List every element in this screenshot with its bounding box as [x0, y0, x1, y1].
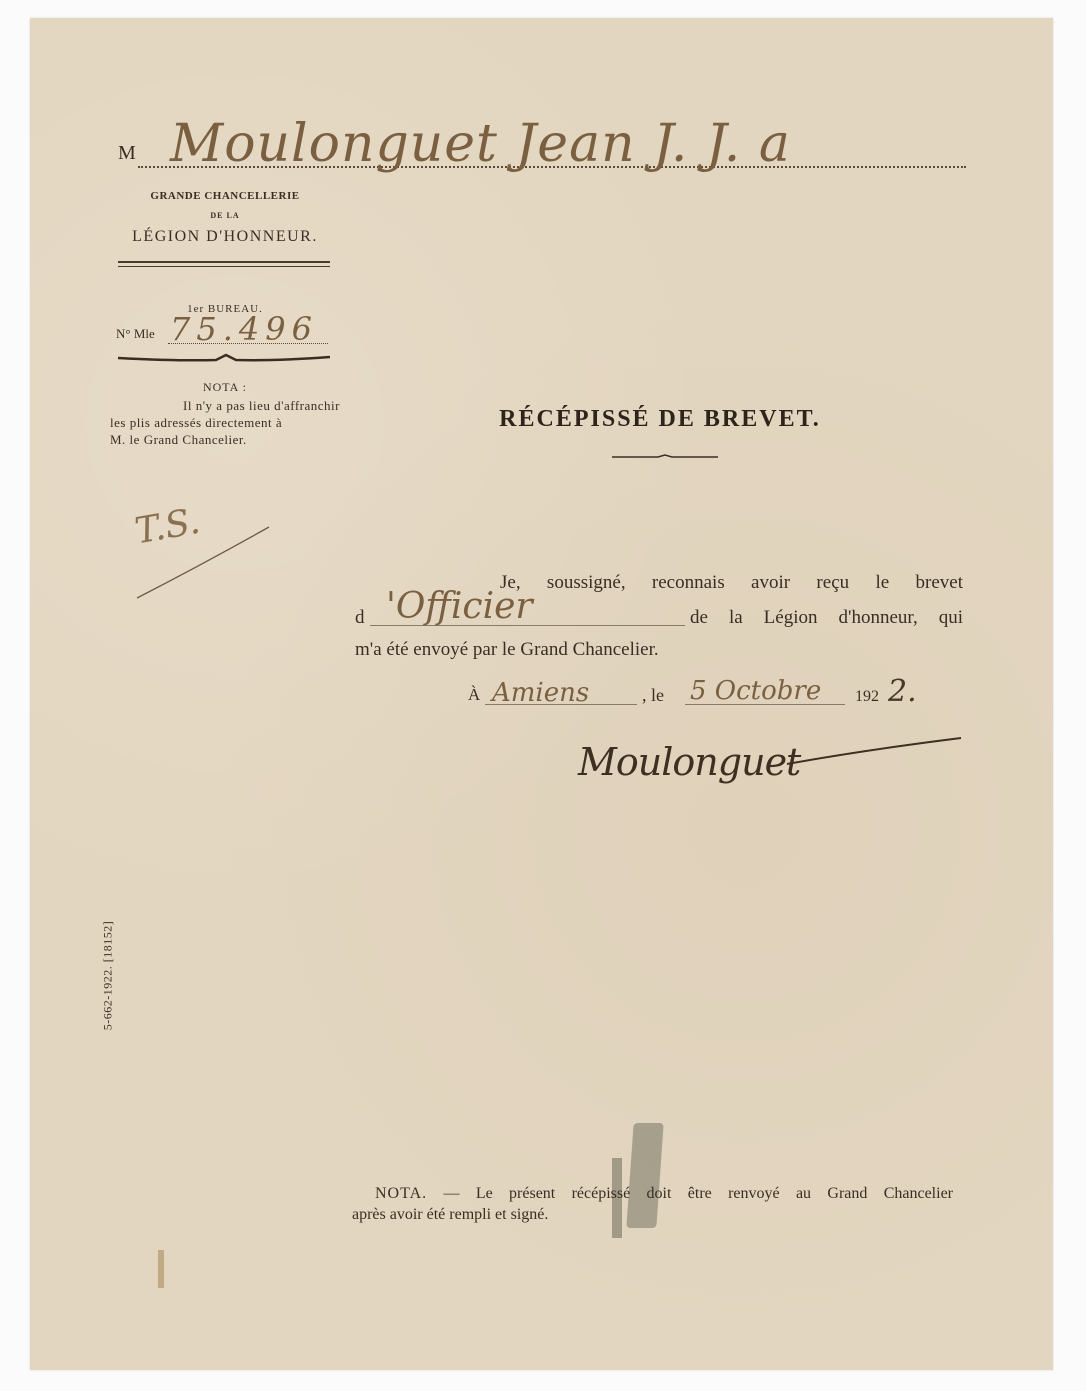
signature-flourish: [785, 730, 965, 770]
footer-nota-line2: après avoir été rempli et signé.: [352, 1206, 548, 1224]
ink-stain: [626, 1123, 663, 1228]
date-le-label: , le: [642, 685, 664, 706]
side-nota-line3: M. le Grand Chancelier.: [110, 431, 340, 448]
footer-nota-line1: NOTA. — Le présent récépissé doit être r…: [375, 1185, 953, 1203]
document-page: M Moulonguet Jean J. J. a GRANDE CHANCEL…: [30, 18, 1053, 1370]
addressee-prefix: M: [118, 142, 136, 165]
document-title: RÉCÉPISSÉ DE BREVET.: [470, 406, 850, 433]
institution-line3: LÉGION D'HONNEUR.: [114, 228, 336, 246]
double-rule: [118, 261, 330, 267]
number-handwritten: 75.496: [170, 310, 318, 348]
ornamental-rule: [116, 351, 332, 367]
print-code: 5-662-1922. [18152]: [101, 896, 116, 1056]
side-nota-line1: Il n'y a pas lieu d'affranchir: [110, 397, 340, 414]
date-handwritten: 5 Octobre: [690, 676, 821, 706]
rank-handwritten: 'Officier: [386, 586, 533, 627]
number-label: N° Mle: [116, 326, 155, 342]
paper-mark: [158, 1250, 164, 1288]
year-printed: 192: [855, 688, 879, 706]
body-line3: m'a été envoyé par le Grand Chancelier.: [355, 639, 659, 661]
body-line1: Je, soussigné, reconnais avoir reçu le b…: [500, 572, 963, 594]
body-line2-prefix: d: [355, 607, 365, 629]
body-line2-suffix: de la Légion d'honneur, qui: [690, 607, 963, 629]
title-ornament: [610, 452, 720, 462]
side-nota-title: NOTA :: [120, 380, 330, 395]
annotation-stroke: [135, 523, 275, 603]
signature: Moulonguet: [578, 740, 800, 784]
place-handwritten: Amiens: [492, 678, 589, 708]
place-label: À: [468, 685, 480, 705]
side-nota-text: Il n'y a pas lieu d'affranchir les plis …: [110, 397, 340, 448]
institution-line2: DE LA: [120, 211, 330, 220]
addressee-handwritten-name: Moulonguet Jean J. J. a: [170, 114, 791, 174]
institution-line1: GRANDE CHANCELLERIE: [120, 190, 330, 202]
year-handwritten: 2.: [888, 674, 917, 709]
side-nota-line2: les plis adressés directement à: [110, 414, 340, 431]
